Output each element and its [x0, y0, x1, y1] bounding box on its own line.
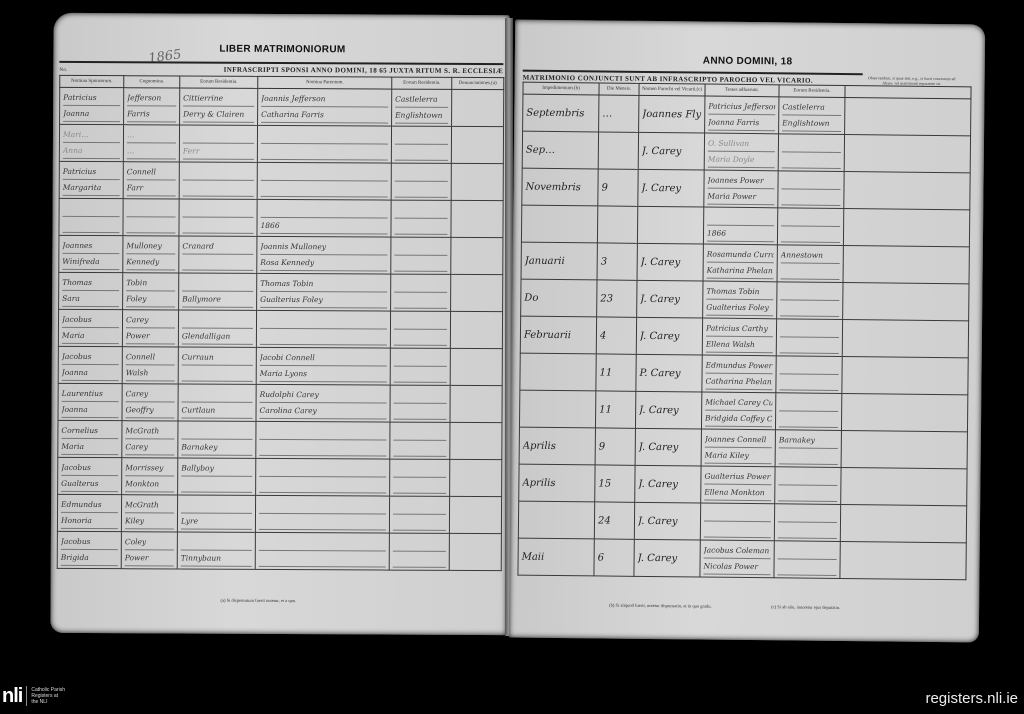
handwritten-entry: [259, 551, 386, 568]
handwritten-entry: [63, 201, 120, 217]
handwritten-entry: Edmundus Power: [706, 358, 773, 375]
handwritten-entry: Carey: [126, 312, 175, 328]
handwritten-entry: [393, 536, 446, 552]
marriage-register-table-left: Nomina Sponsorum.Cognomina.Eorum Residen…: [57, 75, 505, 571]
marriage-month: [523, 364, 592, 380]
handwritten-entry: Edmundus: [61, 497, 118, 513]
handwritten-entry: Jefferson: [127, 90, 176, 106]
marriage-day: 9: [601, 180, 634, 195]
handwritten-entry: Maria Power: [707, 189, 774, 206]
marriage-month: Sep…: [526, 142, 595, 158]
handwritten-entry: [393, 552, 446, 568]
handwritten-entry: Carolina Carey: [260, 403, 387, 420]
officiating-priest: J. Carey: [639, 402, 698, 418]
handwritten-entry: [260, 313, 387, 330]
handwritten-entry: Kiley: [125, 513, 174, 529]
handwritten-entry: [182, 365, 253, 381]
handwritten-entry: [394, 219, 447, 235]
handwritten-entry: [393, 499, 446, 515]
register-row: Aprilis9J. CareyJoannes ConnellMaria Kil…: [519, 427, 967, 469]
handwritten-entry: Honoria: [61, 513, 118, 529]
handwritten-entry: [261, 202, 388, 219]
handwritten-entry: Laurentius: [62, 386, 119, 402]
handwritten-entry: Barnakey: [779, 432, 838, 449]
handwritten-entry: Curtlaun: [182, 402, 253, 418]
register-row: LaurentiusJoannaCareyGeoffryCurtlaunRudo…: [58, 383, 502, 422]
handwritten-entry: O. Sullivan: [708, 136, 775, 153]
no-label: No.: [59, 68, 68, 73]
handwritten-entry: Annestown: [781, 247, 840, 264]
column-header: Eorum Residentia.: [180, 76, 258, 88]
handwritten-entry: Winifreda: [62, 254, 119, 270]
handwritten-entry: [780, 358, 839, 375]
handwritten-entry: Jacobus: [62, 312, 119, 328]
handwritten-entry: Morrissey: [125, 460, 174, 476]
register-row: CorneliusMariaMcGrathCareyBarnakey: [58, 420, 502, 459]
handwritten-entry: Anna: [63, 143, 120, 159]
handwritten-entry: [183, 201, 254, 217]
handwritten-entry: Ballyboy: [181, 460, 252, 476]
handwritten-entry: [778, 543, 837, 560]
column-header: Impedimentum.(b): [523, 82, 599, 95]
nli-logo[interactable]: nli Catholic Parish Registers at the NLI: [2, 686, 65, 706]
handwritten-entry: Joannes: [62, 238, 119, 254]
handwritten-entry: [259, 514, 386, 531]
handwritten-entry: Rudolphi Carey: [260, 387, 387, 404]
column-header: Nomen Parochi vel Vicarii.(c): [639, 83, 705, 96]
handwritten-entry: Nicolas Power: [703, 559, 770, 576]
site-url-link[interactable]: registers.nli.ie: [925, 690, 1018, 707]
handwritten-entry: Cornelius: [61, 423, 118, 439]
handwritten-entry: [780, 321, 839, 338]
register-row: 11P. CareyEdmundus PowerCatharina Phelan: [520, 353, 968, 395]
register-row: Februarii4J. CareyPatricius CarthyEllena…: [520, 316, 968, 358]
handwritten-entry: 1866: [707, 226, 774, 243]
handwritten-entry: Maria Doyle: [708, 152, 775, 169]
handwritten-entry: [261, 128, 388, 145]
handwritten-entry: Mari…: [63, 127, 120, 143]
handwritten-entry: [395, 182, 448, 198]
handwritten-entry: Power: [125, 550, 174, 566]
left-page-title: LIBER MATRIMONIORUM: [219, 44, 345, 56]
handwritten-entry: [777, 559, 836, 576]
left-page-band: No. INFRASCRIPTI SPONSI ANNO DOMINI, 18 …: [59, 61, 503, 75]
handwritten-entry: [182, 217, 253, 233]
handwritten-entry: [259, 477, 386, 494]
handwritten-entry: Connell: [126, 349, 175, 365]
register-row: EdmundusHonoriaMcGrathKileyLyre: [57, 494, 501, 533]
handwritten-entry: Ferr: [183, 143, 254, 159]
handwritten-entry: [395, 145, 448, 161]
register-image-viewer[interactable]: 1865 LIBER MATRIMONIORUM No. INFRASCRIPT…: [0, 0, 1024, 714]
register-row: ThomasSaraTobinFoleyBallymoreThomas Tobi…: [59, 272, 503, 311]
handwritten-entry: [393, 478, 446, 494]
handwritten-entry: Englishtown: [395, 108, 448, 124]
handwritten-entry: Castlelerra: [395, 92, 448, 108]
handwritten-entry: [259, 535, 386, 552]
handwritten-entry: [182, 275, 253, 291]
handwritten-entry: Patricius Jefferson: [708, 99, 775, 116]
handwritten-entry: [393, 515, 446, 531]
handwritten-entry: McGrath: [125, 497, 174, 513]
logo-divider: [26, 686, 27, 706]
left-footnote: (a) Si dispensatum fuerit notetur, et a …: [221, 598, 297, 603]
handwritten-entry: [395, 203, 448, 219]
marriage-month: Septembris: [526, 105, 595, 121]
officiating-priest: J. Carey: [642, 143, 701, 159]
handwritten-entry: Maria Kiley: [705, 448, 772, 465]
handwritten-entry: Kennedy: [126, 254, 175, 270]
handwritten-entry: Joannis Mulloney: [260, 239, 387, 256]
register-row: 1866: [59, 198, 503, 237]
handwritten-entry: Englishtown: [782, 115, 841, 132]
handwritten-entry: Ellena Monkton: [704, 485, 771, 502]
handwritten-entry: Gualterius Power: [704, 469, 771, 486]
marriage-day: 23: [600, 291, 633, 306]
handwritten-entry: Ellena Walsh: [706, 337, 773, 354]
band-text: INFRASCRIPTI SPONSI ANNO DOMINI, 18 65 J…: [224, 66, 504, 75]
register-row: Septembris…Joannes FlynnPatricius Jeffer…: [523, 94, 971, 136]
handwritten-entry: [259, 424, 386, 441]
handwritten-entry: [394, 404, 447, 420]
handwritten-entry: Maria: [61, 439, 118, 455]
handwritten-entry: 1866: [260, 218, 387, 235]
marriage-month: Novembris: [525, 179, 594, 195]
marriage-day: 11: [599, 402, 632, 417]
right-footnote-b: (b) Si aliquod fuerit, notetur dispensat…: [609, 603, 712, 609]
handwritten-entry: [781, 189, 840, 206]
handwritten-entry: Cittierrine: [183, 90, 254, 106]
handwritten-entry: [395, 129, 448, 145]
left-register-page: 1865 LIBER MATRIMONIORUM No. INFRASCRIPT…: [50, 13, 509, 635]
handwritten-entry: Carey: [125, 439, 174, 455]
handwritten-entry: [707, 210, 774, 227]
register-row: 24J. Carey: [518, 501, 966, 543]
register-row: Januarii3J. CareyRosamunda CurranKathari…: [521, 242, 969, 284]
handwritten-entry: [183, 127, 254, 143]
marriage-month: [522, 512, 591, 528]
handwritten-entry: [394, 314, 447, 330]
officiating-priest: J. Carey: [638, 550, 697, 566]
handwritten-entry: Jacobus: [61, 460, 118, 476]
handwritten-entry: [780, 300, 839, 317]
handwritten-entry: [704, 522, 771, 539]
register-row: JacobusBrigidaColeyPowerTinnybaun: [57, 531, 501, 570]
right-register-page: ANNO DOMINI, 18 MATRIMONIO CONJUNCTI SUN…: [509, 20, 985, 643]
handwritten-entry: Glendalligan: [182, 328, 253, 344]
register-row: JacobusGualterusMorrisseyMonktonBallyboy: [58, 457, 502, 496]
handwritten-entry: [393, 425, 446, 441]
column-header: Denunciationes.(a): [452, 77, 504, 89]
marriage-month: Februarii: [524, 327, 593, 343]
handwritten-entry: Barnakey: [181, 439, 252, 455]
marriage-month: Januarii: [525, 253, 594, 269]
marriage-month: Aprilis: [522, 475, 591, 491]
handwritten-entry: [394, 293, 447, 309]
column-header: Die Mensis.: [599, 83, 639, 95]
handwritten-entry: [259, 440, 386, 457]
handwritten-entry: …: [127, 143, 176, 159]
handwritten-entry: Bridgida Coffey Curtlaun: [705, 411, 772, 428]
handwritten-entry: [181, 497, 252, 513]
handwritten-entry: [779, 374, 838, 391]
handwritten-entry: [181, 423, 252, 439]
handwritten-entry: [394, 277, 447, 293]
officiating-priest: J. Carey: [640, 328, 699, 344]
column-header: Eorum Residentia.: [779, 85, 845, 98]
handwritten-entry: [181, 476, 252, 492]
handwritten-entry: Tobin: [126, 275, 175, 291]
handwritten-entry: Joanna Farris: [708, 115, 775, 132]
handwritten-entry: Brigida: [61, 550, 118, 566]
handwritten-entry: [126, 217, 175, 233]
handwritten-entry: Farris: [127, 106, 176, 122]
handwritten-entry: [127, 201, 176, 217]
handwritten-entry: Coley: [125, 534, 174, 550]
handwritten-entry: Foley: [126, 291, 175, 307]
handwritten-entry: [181, 534, 252, 550]
register-row: JoannesWinifredaMulloneyKennedyCranardJo…: [59, 235, 503, 274]
handwritten-entry: [782, 152, 841, 169]
register-row: Mari…Anna……Ferr: [59, 124, 503, 163]
handwritten-entry: Katharina Phelan: [707, 263, 774, 280]
marriage-month: Do: [524, 290, 593, 306]
marriage-month: Aprilis: [523, 438, 592, 454]
handwritten-entry: [781, 210, 840, 227]
column-header: Eorum Residentia.: [392, 77, 452, 89]
handwritten-entry: [704, 506, 771, 523]
handwritten-entry: Lyre: [181, 513, 252, 529]
handwritten-entry: Gualterius Foley: [706, 300, 773, 317]
handwritten-entry: Castlelerra: [782, 99, 841, 116]
handwritten-entry: Curraun: [182, 349, 253, 365]
handwritten-entry: Sara: [62, 291, 119, 307]
handwritten-entry: [259, 498, 386, 515]
marriage-month: Maii: [522, 549, 591, 565]
handwritten-entry: [260, 329, 387, 346]
handwritten-entry: Derry & Clairen: [183, 106, 254, 122]
handwritten-entry: [394, 367, 447, 383]
handwritten-entry: [394, 388, 447, 404]
marriage-day: [602, 143, 635, 158]
register-row: Maii6J. CareyJacobus ColemanNicolas Powe…: [518, 538, 966, 580]
register-row: Do23J. CareyThomas TobinGualterius Foley: [521, 279, 969, 321]
column-header: Nomina Parentum.: [258, 76, 392, 89]
right-page-title: ANNO DOMINI, 18: [703, 56, 793, 68]
officiating-priest: J. Carey: [638, 476, 697, 492]
handwritten-entry: Gualterius Foley: [260, 292, 387, 309]
handwritten-entry: Thomas Tobin: [260, 276, 387, 293]
marriage-day: 6: [598, 550, 631, 565]
handwritten-entry: [261, 181, 388, 198]
handwritten-entry: Joanna: [62, 402, 119, 418]
right-footnote-c: (c) Si ab alio, innotetur ejus deputatio…: [771, 604, 840, 610]
handwritten-entry: [781, 226, 840, 243]
handwritten-entry: Rosa Kennedy: [260, 255, 387, 272]
officiating-priest: Joannes Flynn: [642, 106, 701, 122]
handwritten-entry: Patricius: [63, 90, 120, 106]
handwritten-entry: Tinnybaun: [181, 550, 252, 566]
marriage-day: …: [602, 106, 635, 121]
handwritten-entry: [779, 411, 838, 428]
handwritten-entry: Rosamunda Curran: [707, 247, 774, 264]
handwritten-entry: [778, 469, 837, 486]
handwritten-entry: [261, 165, 388, 182]
marriage-day: 9: [599, 439, 632, 454]
column-header: Cognomina.: [124, 76, 180, 88]
handwritten-entry: [261, 144, 388, 161]
handwritten-entry: [781, 173, 840, 190]
handwritten-entry: Patricius Carthy: [706, 321, 773, 338]
marriage-day: 11: [599, 365, 632, 380]
handwritten-entry: Margarita: [63, 180, 120, 196]
officiating-priest: J. Carey: [641, 180, 700, 196]
marriage-day: 24: [598, 513, 631, 528]
handwritten-entry: Joannes Power: [707, 173, 774, 190]
handwritten-entry: Farr: [127, 180, 176, 196]
handwritten-entry: McGrath: [125, 423, 174, 439]
handwritten-entry: [779, 395, 838, 412]
handwritten-entry: Patricius: [63, 164, 120, 180]
handwritten-entry: Cranard: [182, 238, 253, 254]
handwritten-entry: Thomas: [62, 275, 119, 291]
handwritten-entry: [778, 506, 837, 523]
handwritten-entry: [782, 136, 841, 153]
handwritten-entry: [393, 441, 446, 457]
handwritten-entry: [393, 462, 446, 478]
register-row: 1866: [521, 205, 969, 247]
register-row: JacobusMariaCareyPowerGlendalligan: [58, 309, 502, 348]
handwritten-entry: Jacobus: [61, 534, 118, 550]
handwritten-entry: Joannis Jefferson: [261, 91, 388, 108]
handwritten-entry: [780, 284, 839, 301]
handwritten-entry: Ballymore: [182, 291, 253, 307]
handwritten-entry: [395, 166, 448, 182]
officiating-priest: J. Carey: [639, 439, 698, 455]
handwritten-entry: Mulloney: [126, 238, 175, 254]
handwritten-entry: [779, 448, 838, 465]
nli-logo-text: Catholic Parish Registers at the NLI: [31, 687, 65, 705]
officiating-priest: P. Carey: [639, 365, 698, 381]
column-header: Testes adfuerunt.: [705, 84, 779, 97]
handwritten-entry: [183, 180, 254, 196]
marriage-day: 3: [601, 254, 634, 269]
handwritten-entry: Joanna: [62, 365, 119, 381]
marriage-register-table-right: Impedimentum.(b)Die Mensis.Nomen Parochi…: [517, 82, 971, 581]
officiating-priest: J. Carey: [640, 291, 699, 307]
register-row: PatriciusJoannaJeffersonFarrisCittierrin…: [60, 87, 504, 126]
handwritten-entry: [183, 164, 254, 180]
marriage-month: [525, 216, 594, 232]
handwritten-entry: Walsh: [126, 365, 175, 381]
handwritten-entry: Jacobus: [62, 349, 119, 365]
handwritten-entry: Thomas Tobin: [706, 284, 773, 301]
handwritten-entry: Gualterus: [61, 476, 118, 492]
register-row: Novembris9J. CareyJoannes PowerMaria Pow…: [522, 168, 970, 210]
register-row: Aprilis15J. CareyGualterius PowerEllena …: [519, 464, 967, 506]
handwritten-entry: Monkton: [125, 476, 174, 492]
handwritten-entry: [778, 485, 837, 502]
handwritten-entry: Jacobus Coleman: [704, 543, 771, 560]
handwritten-entry: [62, 217, 119, 233]
nli-logo-mark: nli: [2, 686, 22, 706]
handwritten-entry: [781, 263, 840, 280]
handwritten-entry: Joanna: [63, 106, 120, 122]
marriage-day: [601, 217, 634, 232]
officiating-priest: [641, 217, 700, 233]
handwritten-entry: Michael Carey Curraun: [705, 395, 772, 412]
register-row: 11J. CareyMichael Carey CurraunBridgida …: [519, 390, 967, 432]
handwritten-entry: [780, 337, 839, 354]
handwritten-entry: Maria Lyons: [260, 366, 387, 383]
handwritten-entry: Joannes Connell: [705, 432, 772, 449]
handwritten-entry: [394, 240, 447, 256]
handwritten-entry: Maria: [62, 328, 119, 344]
handwritten-entry: Power: [126, 328, 175, 344]
handwritten-entry: [182, 312, 253, 328]
handwritten-entry: [182, 254, 253, 270]
handwritten-entry: [394, 256, 447, 272]
register-row: JacobusJoannaConnellWalshCurraunJacobi C…: [58, 346, 502, 385]
handwritten-entry: [394, 330, 447, 346]
column-header: Nomina Sponsorum.: [60, 75, 124, 87]
handwritten-entry: Connell: [127, 164, 176, 180]
marriage-month: [523, 401, 592, 417]
handwritten-entry: Catharina Farris: [261, 107, 388, 124]
handwritten-entry: [182, 386, 253, 402]
handwritten-entry: Carey: [126, 386, 175, 402]
officiating-priest: J. Carey: [641, 254, 700, 270]
register-row: Sep…J. CareyO. SullivanMaria Doyle: [522, 131, 970, 173]
register-row: PatriciusMargaritaConnellFarr: [59, 161, 503, 200]
handwritten-entry: Geoffry: [126, 402, 175, 418]
handwritten-entry: [259, 461, 386, 478]
marriage-day: 15: [598, 476, 631, 491]
officiating-priest: J. Carey: [638, 513, 697, 529]
marriage-day: 4: [600, 328, 633, 343]
handwritten-entry: Catharina Phelan: [705, 374, 772, 391]
handwritten-entry: [778, 522, 837, 539]
handwritten-entry: Jacobi Connell: [260, 350, 387, 367]
handwritten-entry: …: [127, 127, 176, 143]
handwritten-entry: [394, 351, 447, 367]
